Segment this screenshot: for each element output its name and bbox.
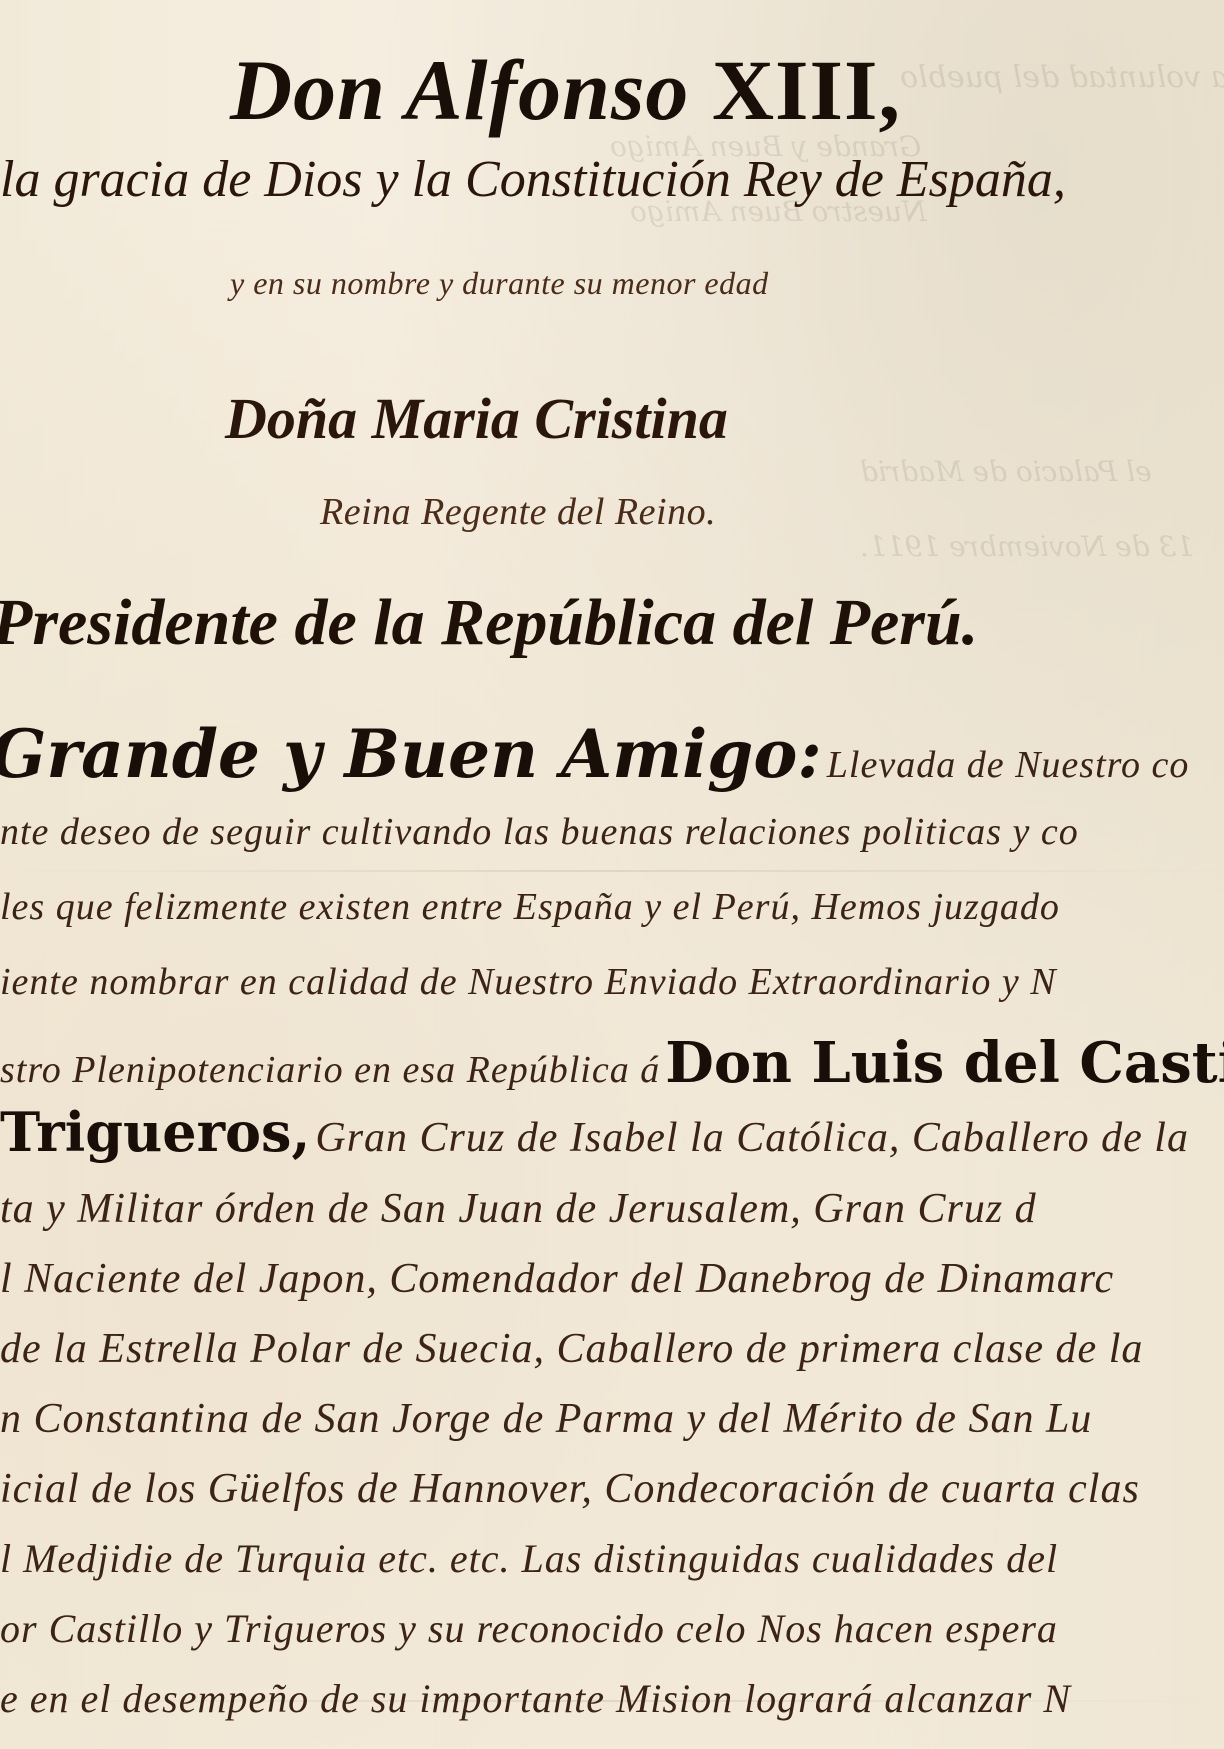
- body-line: l Medjidie de Turquia etc. etc. Las dist…: [0, 1535, 1058, 1582]
- addressee-line: Presidente de la República del Perú.: [0, 585, 978, 661]
- body-line: icial de los Güelfos de Hannover, Condec…: [0, 1465, 1140, 1513]
- bleed-through-text: y por la voluntad del pueblo: [900, 60, 1224, 95]
- body-line: l Naciente del Japon, Comendador del Dan…: [0, 1255, 1114, 1303]
- regency-line: y en su nombre y durante su menor edad: [230, 265, 769, 302]
- bleed-through-text: el Palacio de Madrid: [860, 455, 1152, 488]
- title-line: la gracia de Dios y la Constitución Rey …: [0, 150, 1066, 209]
- body-line: Gran Cruz de Isabel la Católica, Caballe…: [315, 1115, 1189, 1161]
- bleed-through-text: 13 de Noviembre 1911.: [860, 530, 1194, 563]
- body-line: de la Estrella Polar de Suecia, Caballer…: [0, 1325, 1143, 1373]
- sovereign-name-heading: Don Alfonso XIII,: [230, 40, 901, 140]
- body-line: stro Plenipotenciario en esa República á: [0, 1049, 660, 1091]
- regent-title: Reina Regente del Reino.: [320, 490, 716, 534]
- body-line-envoy-continued: Trigueros, Gran Cruz de Isabel la Católi…: [0, 1100, 1189, 1164]
- body-line: iente nombrar en calidad de Nuestro Envi…: [0, 960, 1057, 1004]
- paper-fold-crease: [0, 870, 1224, 872]
- salutation-line: Grande y Buen Amigo: Llevada de Nuestro …: [0, 715, 1189, 793]
- body-line: e en el desempeño de su importante Misio…: [0, 1675, 1071, 1722]
- body-line: or Castillo y Trigueros y su reconocido …: [0, 1605, 1058, 1652]
- sovereign-numeral: XIII,: [712, 42, 901, 138]
- regent-name: Doña Maria Cristina: [225, 385, 728, 452]
- body-line: n Constantina de San Jorge de Parma y de…: [0, 1395, 1092, 1443]
- body-line: nte deseo de seguir cultivando las buena…: [0, 810, 1079, 854]
- envoy-name: Don Luis del Castil: [665, 1030, 1224, 1096]
- salutation-opening: Llevada de Nuestro co: [827, 744, 1190, 786]
- body-line-envoy: stro Plenipotenciario en esa República á…: [0, 1030, 1224, 1096]
- salutation-greeting: Grande y Buen Amigo:: [0, 715, 822, 793]
- body-line: les que felizmente existen entre España …: [0, 885, 1060, 929]
- sovereign-prefix: Don Alfonso: [230, 42, 689, 138]
- body-line: ta y Militar órden de San Juan de Jerusa…: [0, 1185, 1037, 1233]
- envoy-surname: Trigueros,: [0, 1100, 310, 1164]
